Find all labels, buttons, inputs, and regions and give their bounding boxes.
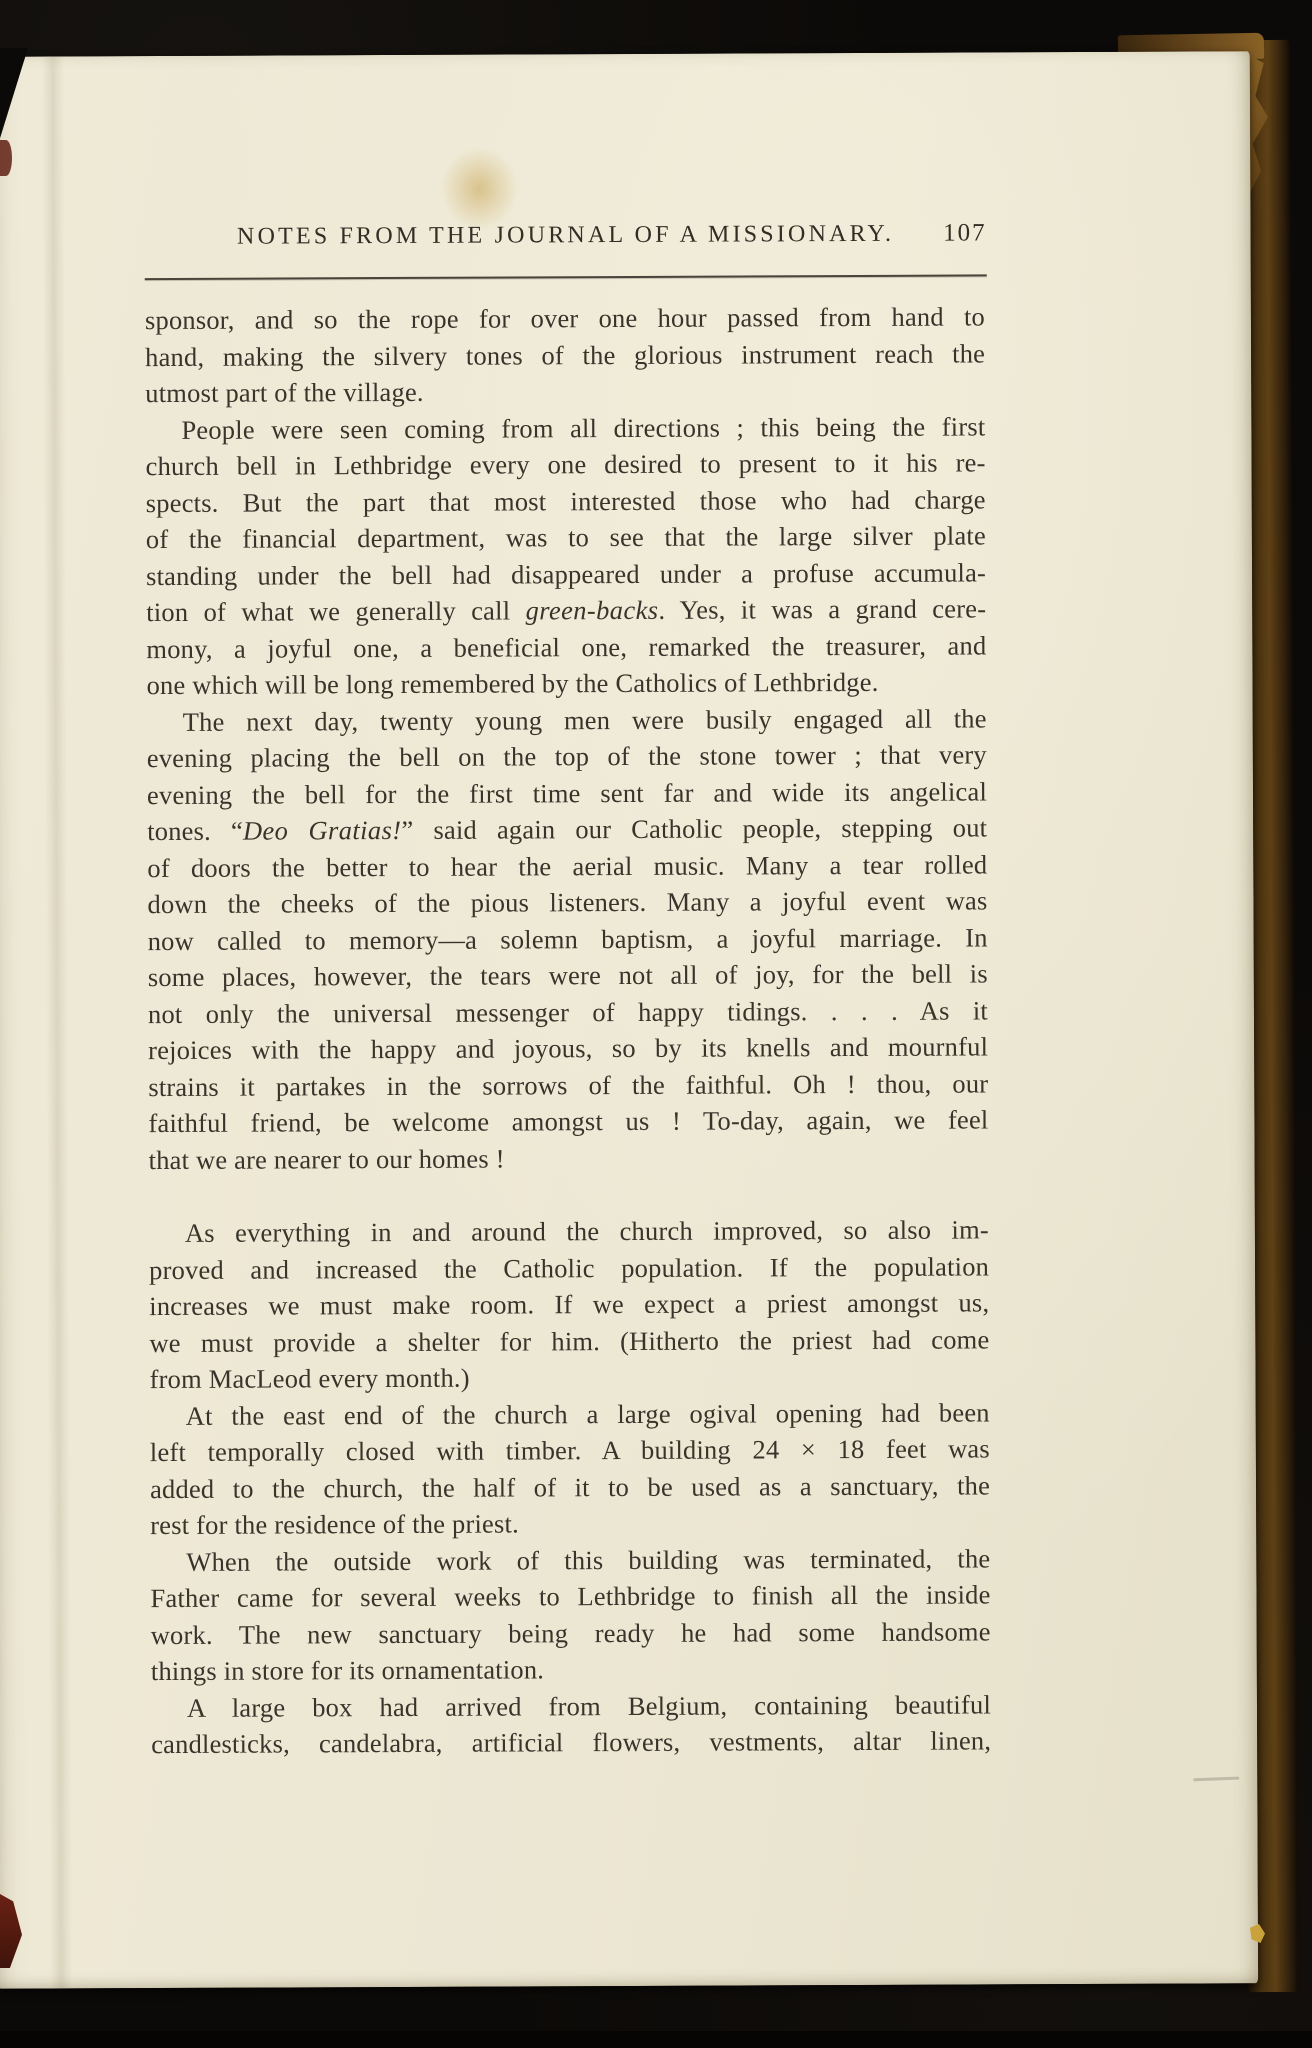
text-line: rest for the residence of the priest. <box>150 1503 990 1543</box>
text-line: church bell in Lethbridge every one desi… <box>145 444 985 484</box>
page-body: sponsor, and so the rope for over one ho… <box>145 298 991 1762</box>
text-line: spects. But the part that most intereste… <box>146 481 986 521</box>
text-line: A large box had arrived from Belgium, co… <box>151 1686 991 1726</box>
fabric-background: NOTES FROM THE JOURNAL OF A MISSIONARY. … <box>0 0 1312 2048</box>
text-line: that we are nearer to our homes ! <box>149 1138 989 1178</box>
text-line: of doors the better to hear the aerial m… <box>147 846 987 886</box>
running-title: NOTES FROM THE JOURNAL OF A MISSIONARY. <box>237 221 894 250</box>
text-line: As everything in and around the church i… <box>149 1211 989 1251</box>
text-line: faithful friend, be welcome amongst us !… <box>148 1101 988 1141</box>
text-line: things in store for its ornamentation. <box>151 1649 991 1689</box>
text-line: evening placing the bell on the top of t… <box>147 736 987 776</box>
text-line: At the east end of the church a large og… <box>150 1394 990 1434</box>
text-line: tion of what we generally call green-bac… <box>146 590 986 630</box>
text-line: proved and increased the Catholic popula… <box>149 1248 989 1288</box>
header-rule <box>145 274 987 280</box>
text-line: People were seen coming from all directi… <box>145 408 985 448</box>
text-line: some places, however, the tears were not… <box>148 955 988 995</box>
text-line: Father came for several weeks to Lethbri… <box>150 1576 990 1616</box>
gutter-crease <box>42 56 72 1988</box>
text-line: standing under the bell had disappeared … <box>146 554 986 594</box>
text-line: of the financial department, was to see … <box>146 517 986 557</box>
paper-stain <box>440 146 518 230</box>
cover-sliver-top-left <box>0 140 12 176</box>
text-line: The next day, twenty young men were busi… <box>147 700 987 740</box>
text-line: sponsor, and so the rope for over one ho… <box>145 298 985 338</box>
page-header: NOTES FROM THE JOURNAL OF A MISSIONARY. … <box>145 218 987 255</box>
text-line: tones. “Deo Gratias!” said again our Cat… <box>147 809 987 849</box>
text-line: one which will be long remembered by the… <box>146 663 986 703</box>
text-line: increases we must make room. If we expec… <box>149 1284 989 1324</box>
text-line: evening the bell for the first time sent… <box>147 773 987 813</box>
scanner-bed-edge <box>0 2031 1312 2048</box>
text-line: we must provide a shelter for him. (Hith… <box>149 1321 989 1361</box>
text-line: rejoices with the happy and joyous, so b… <box>148 1028 988 1068</box>
text-line: mony, a joyful one, a beneficial one, re… <box>146 627 986 667</box>
text-line: down the cheeks of the pious listeners. … <box>147 882 987 922</box>
text-line: utmost part of the village. <box>145 371 985 411</box>
page-number: 107 <box>943 218 987 248</box>
text-line: strains it partakes in the sorrows of th… <box>148 1065 988 1105</box>
text-line: hand, making the silvery tones of the gl… <box>145 335 985 375</box>
text-line: work. The new sanctuary being ready he h… <box>151 1613 991 1653</box>
text-line: When the outside work of this building w… <box>150 1540 990 1580</box>
text-line: now called to memory—a solemn baptism, a… <box>148 919 988 959</box>
text-line: not only the universal messenger of happ… <box>148 992 988 1032</box>
book-page: NOTES FROM THE JOURNAL OF A MISSIONARY. … <box>0 51 1258 1988</box>
text-line: left temporally closed with timber. A bu… <box>150 1430 990 1470</box>
pencil-mark <box>1193 1777 1239 1782</box>
text-line: candlesticks, candelabra, artificial flo… <box>151 1722 991 1762</box>
text-line: added to the church, the half of it to b… <box>150 1467 990 1507</box>
text-line: from MacLeod every month.) <box>149 1357 989 1397</box>
